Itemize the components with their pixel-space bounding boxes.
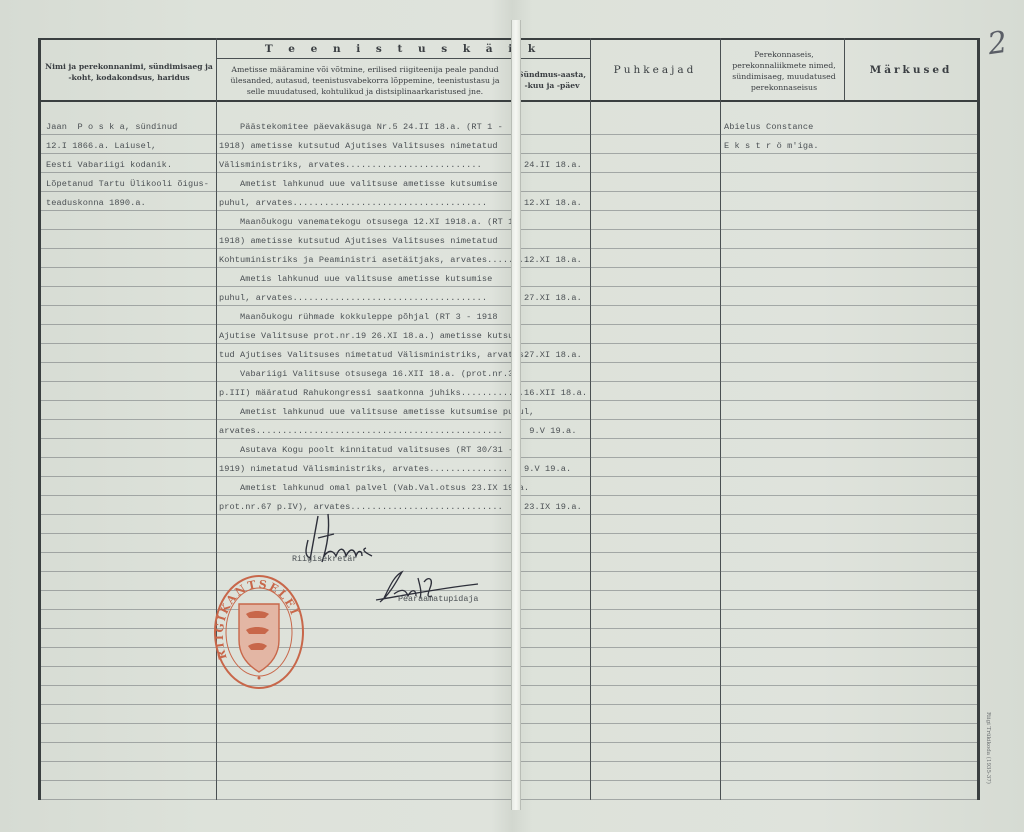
person-info-line: teaduskonna 1890.a. bbox=[46, 198, 146, 208]
person-info-line: Lõpetanud Tartu Ülikooli õigus- bbox=[46, 179, 209, 189]
accountant-label: Pearaamatupidaja bbox=[398, 594, 478, 604]
service-entry-line: Ametist lahkunud uue valitsuse ametisse … bbox=[219, 407, 534, 417]
page-number: 2 bbox=[986, 25, 1010, 62]
service-entry-line: Vabariigi Valitsuse otsusega 16.XII 18.a… bbox=[219, 369, 519, 379]
event-date: 16.XII 18.a. bbox=[524, 388, 587, 398]
event-date: 27.XI 18.a. bbox=[524, 350, 582, 360]
event-date: 9.V 19.a. bbox=[524, 426, 577, 436]
service-entry-line: Maanõukogu vanematekogu otsusega 12.XI 1… bbox=[219, 217, 513, 227]
service-entry-line: tud Ajutises Valitsuses nimetatud Välism… bbox=[219, 350, 529, 360]
service-entry-line: arvates.................................… bbox=[219, 426, 503, 436]
family-status-line: Abielus Constance bbox=[724, 122, 813, 132]
service-entry-line: Välisministriks, arvates................… bbox=[219, 160, 482, 170]
service-entry-line: Ametist lahkunud omal palvel (Vab.Val.ot… bbox=[219, 483, 529, 493]
person-info-line: Jaan P o s k a, sündinud bbox=[46, 122, 177, 132]
table-border-right bbox=[977, 38, 980, 800]
service-entry-line: puhul, arvates..........................… bbox=[219, 293, 487, 303]
family-status-line: E k s t r ö m'iga. bbox=[724, 141, 819, 151]
printer-note: Riigi Trükikoda (1935-37) bbox=[985, 712, 991, 784]
event-date: 9.V 19.a. bbox=[524, 464, 571, 474]
event-date: 24.II 18.a. bbox=[524, 160, 582, 170]
service-entry-line: Ajutise Valitsuse prot.nr.19 26.XI 18.a.… bbox=[219, 331, 519, 341]
header-service-title: T e e n i s t u s k ä i k bbox=[217, 40, 589, 58]
service-entry-line: puhul, arvates..........................… bbox=[219, 198, 487, 208]
event-date: 23.IX 19.a. bbox=[524, 502, 582, 512]
service-record-table: Nimi ja perekonnanimi, sündimisaeg ja -k… bbox=[38, 38, 980, 800]
person-info-line: 12.I 1866.a. Laiusel, bbox=[46, 141, 156, 151]
header-leave: Puhkeajad bbox=[591, 40, 719, 100]
event-date: 12.XI 18.a. bbox=[524, 198, 582, 208]
service-entry-line: prot.nr.67 p.IV), arvates...............… bbox=[219, 502, 503, 512]
header-event-date: Sündmus-aasta, -kuu ja -päev bbox=[516, 60, 588, 100]
binding-spine bbox=[511, 20, 521, 810]
header-notes: Märkused bbox=[845, 40, 977, 100]
service-entry-line: 1918) ametisse kutsutud Ajutises Valitsu… bbox=[219, 236, 498, 246]
service-entry-line: Maanõukogu rühmade kokkuleppe põhjal (RT… bbox=[219, 312, 498, 322]
service-entry-line: 1919) nimetatud Välisministriks, arvates… bbox=[219, 464, 508, 474]
event-date: 27.XI 18.a. bbox=[524, 293, 582, 303]
service-entry-line: Päästekomitee päevakäsuga Nr.5 24.II 18.… bbox=[219, 122, 503, 132]
header-divider bbox=[38, 100, 980, 102]
header-service-desc: Ametisse määramine või võtmine, erilised… bbox=[222, 60, 508, 100]
service-entry-line: Kohtuministriks ja Peaministri asetäitja… bbox=[219, 255, 529, 265]
header-family: Perekonnaseis, perekonnaliikmete nimed, … bbox=[726, 42, 842, 100]
person-info-line: Eesti Vabariigi kodanik. bbox=[46, 160, 172, 170]
header-name: Nimi ja perekonnanimi, sündimisaeg ja -k… bbox=[44, 44, 214, 100]
document-page: 2 Nimi ja perekonnanimi, sündimisaeg ja … bbox=[0, 0, 1024, 832]
event-date: 12.XI 18.a. bbox=[524, 255, 582, 265]
service-entry-line: 1918) ametisse kutsutud Ajutises Valitsu… bbox=[219, 141, 498, 151]
service-entry-line: Asutava Kogu poolt kinnitatud valitsuses… bbox=[219, 445, 513, 455]
service-entry-line: Ametis lahkunud uue valitsuse ametisse k… bbox=[219, 274, 492, 284]
secretary-label: Riigisekretär bbox=[292, 554, 357, 564]
riigikantselei-stamp: RIIGIKANTSELEI bbox=[213, 574, 305, 690]
service-entry-line: Ametist lahkunud uue valitsuse ametisse … bbox=[219, 179, 498, 189]
service-subheader-divider bbox=[216, 58, 590, 59]
service-entry-line: p.III) määratud Rahukongressi saatkonna … bbox=[219, 388, 524, 398]
